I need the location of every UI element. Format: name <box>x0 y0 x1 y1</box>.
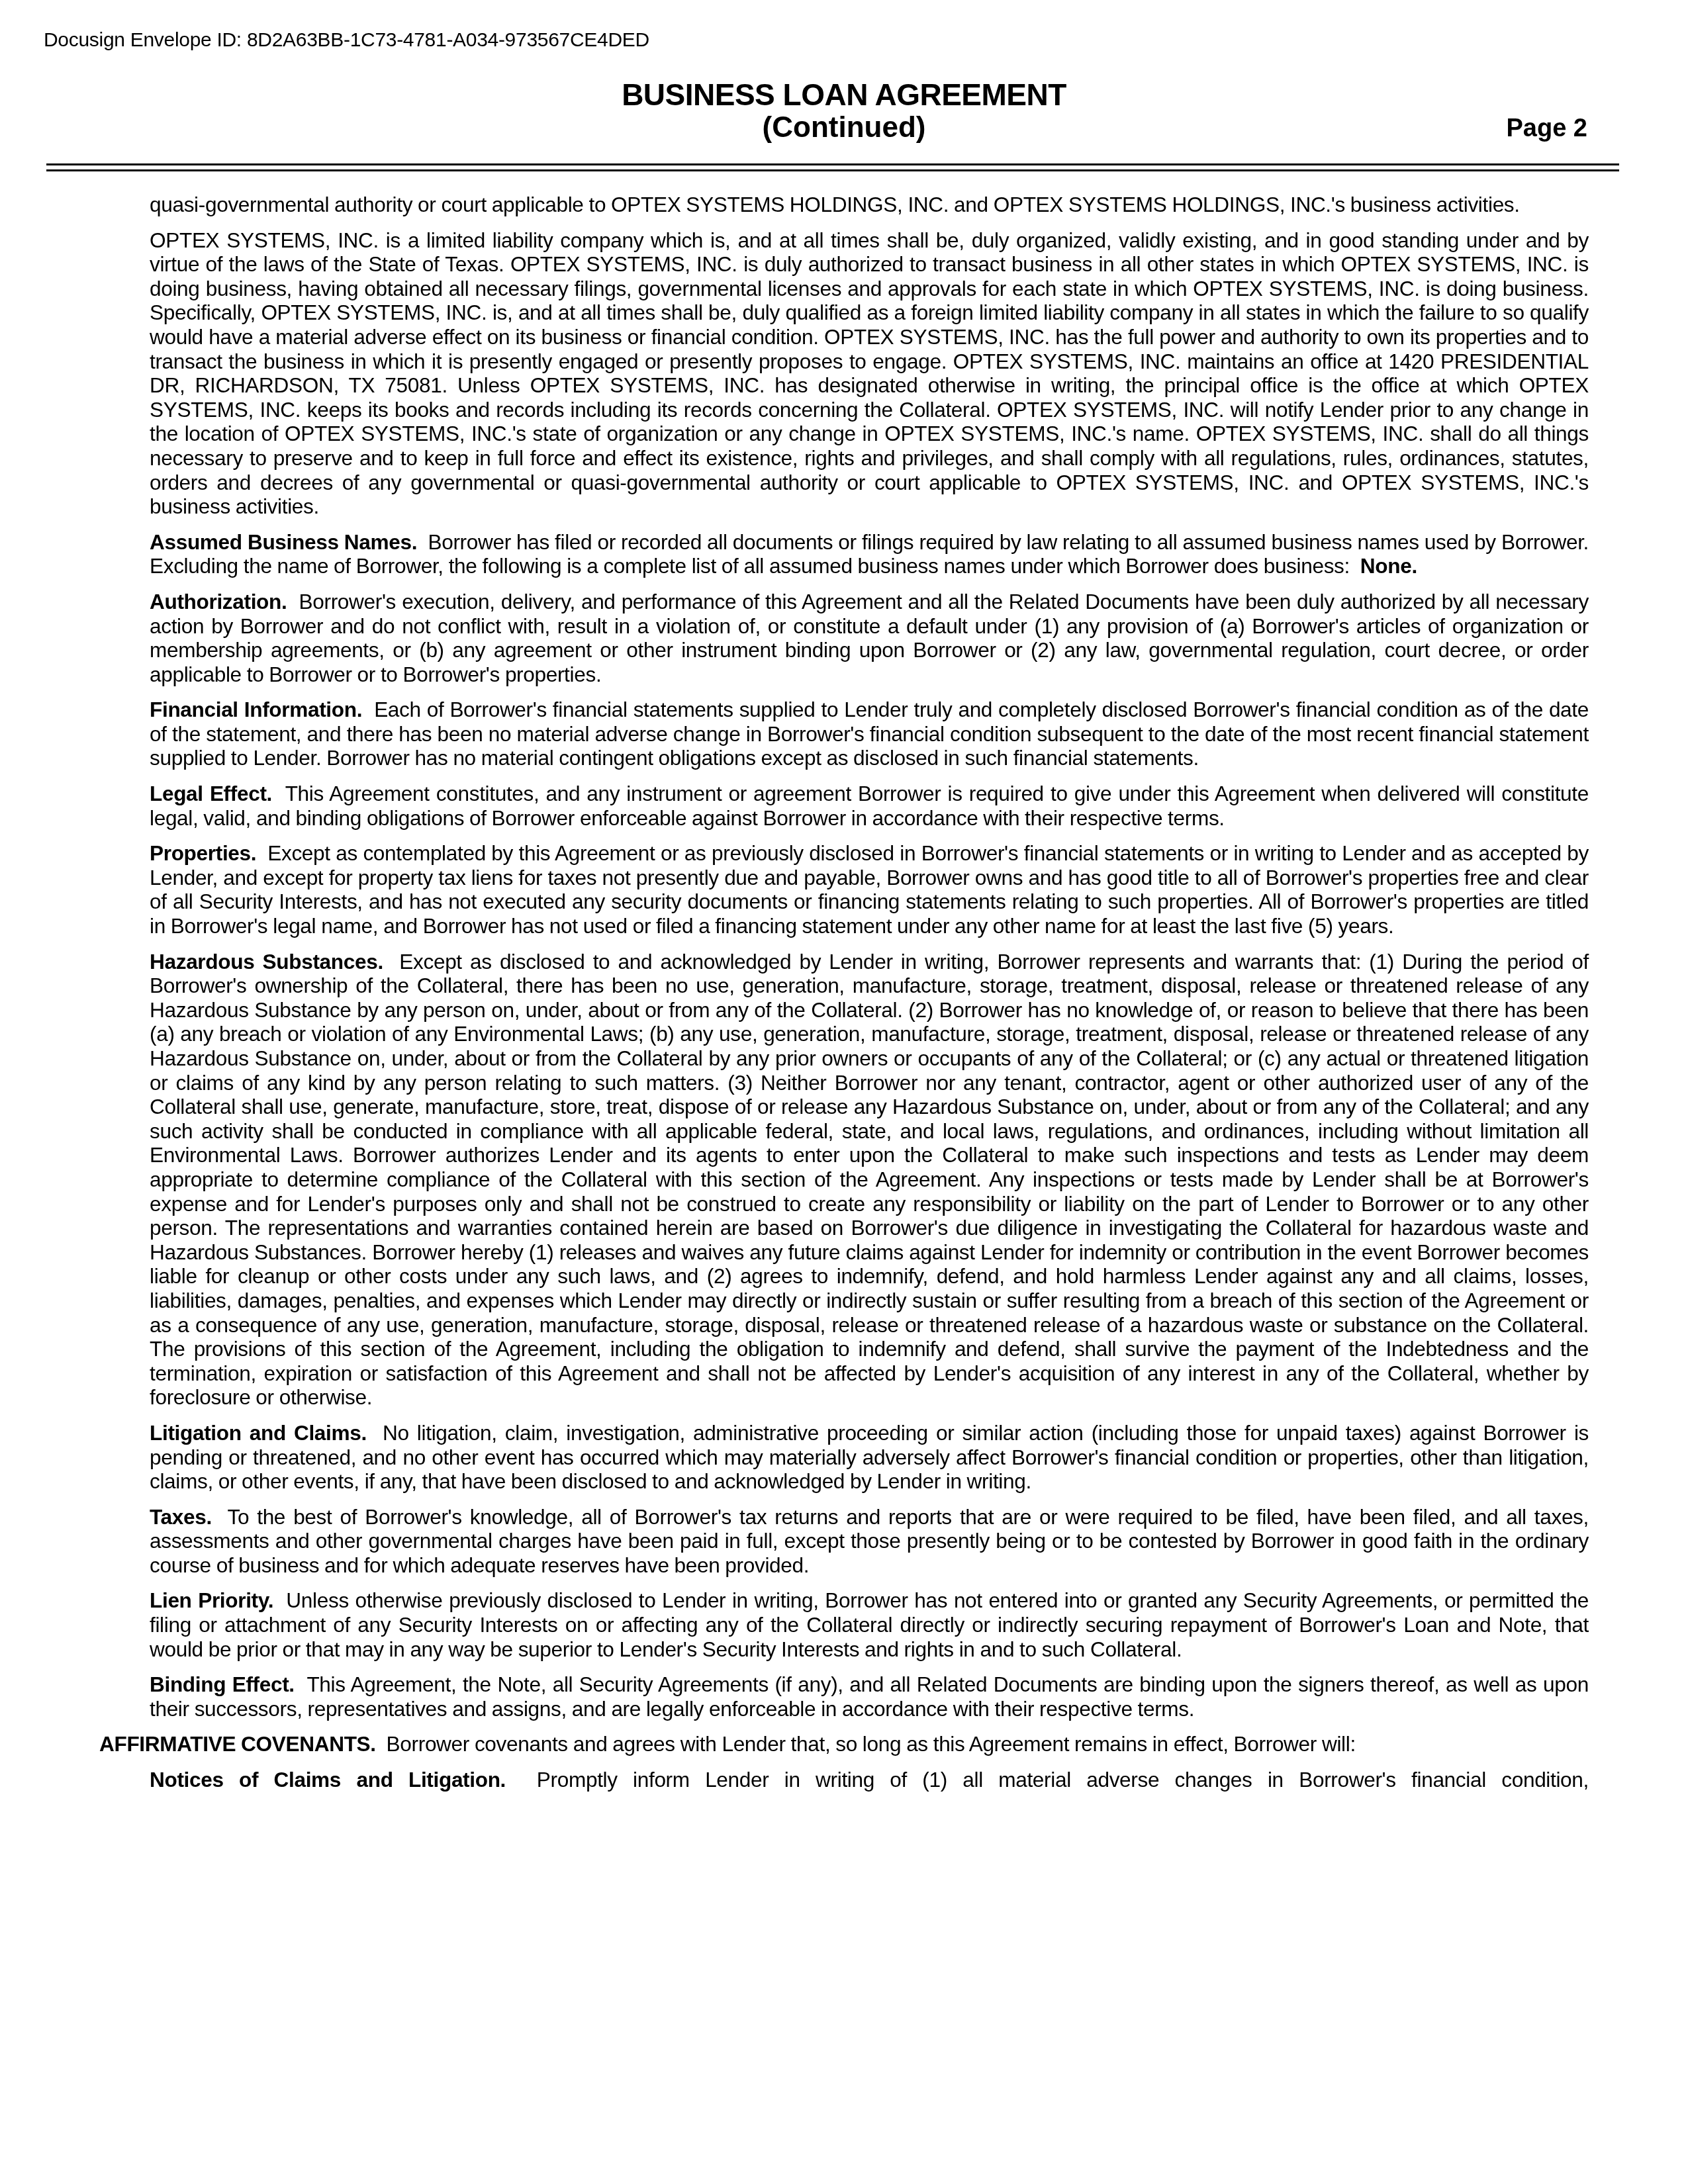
header-rule-top <box>46 163 1619 165</box>
paragraph-organization: OPTEX SYSTEMS, INC. is a limited liabili… <box>150 228 1589 519</box>
paragraph-text: quasi-governmental authority or court ap… <box>150 193 1520 216</box>
paragraph-hazardous-substances: Hazardous Substances. Except as disclose… <box>150 950 1589 1410</box>
paragraph-heading: Assumed Business Names. <box>150 530 417 554</box>
paragraph-lien-priority: Lien Priority. Unless otherwise previous… <box>150 1588 1589 1661</box>
document-subtitle: (Continued) <box>0 111 1688 144</box>
section-heading: AFFIRMATIVE COVENANTS. <box>99 1732 376 1756</box>
paragraph-taxes: Taxes. To the best of Borrower's knowled… <box>150 1505 1589 1578</box>
paragraph-heading: Notices of Claims and Litigation. <box>150 1768 506 1792</box>
paragraph-assumed-business-names: Assumed Business Names. Borrower has fil… <box>150 530 1589 578</box>
paragraph-authorization: Authorization. Borrower's execution, del… <box>150 590 1589 686</box>
document-body: quasi-governmental authority or court ap… <box>150 193 1589 1803</box>
page-number: Page 2 <box>1506 114 1587 143</box>
paragraph-text: Except as disclosed to and acknowledged … <box>150 950 1589 1410</box>
paragraph-heading: Legal Effect. <box>150 782 272 805</box>
paragraph-heading: Binding Effect. <box>150 1672 295 1696</box>
paragraph-properties: Properties. Except as contemplated by th… <box>150 841 1589 938</box>
paragraph-text: Unless otherwise previously disclosed to… <box>150 1588 1589 1661</box>
paragraph-financial-information: Financial Information. Each of Borrower'… <box>150 698 1589 770</box>
paragraph-text: This Agreement constitutes, and any inst… <box>150 782 1589 830</box>
paragraph-text: Each of Borrower's financial statements … <box>150 698 1589 770</box>
paragraph-heading: Authorization. <box>150 590 287 614</box>
docusign-envelope-id: Docusign Envelope ID: 8D2A63BB-1C73-4781… <box>44 29 649 52</box>
paragraph-heading: Hazardous Substances. <box>150 950 383 974</box>
paragraph-binding-effect: Binding Effect. This Agreement, the Note… <box>150 1672 1589 1721</box>
paragraph-heading: Financial Information. <box>150 698 362 721</box>
paragraph-litigation-and-claims: Litigation and Claims. No litigation, cl… <box>150 1421 1589 1494</box>
paragraph-text: Except as contemplated by this Agreement… <box>150 841 1589 938</box>
paragraph-notices-of-claims: Notices of Claims and Litigation. Prompt… <box>150 1768 1589 1792</box>
document-title: BUSINESS LOAN AGREEMENT <box>0 78 1688 111</box>
paragraph-continuation: quasi-governmental authority or court ap… <box>150 193 1589 217</box>
paragraph-text: Promptly inform Lender in writing of (1)… <box>537 1768 1589 1792</box>
paragraph-value: None. <box>1360 554 1417 578</box>
paragraph-heading: Properties. <box>150 841 256 865</box>
paragraph-legal-effect: Legal Effect. This Agreement constitutes… <box>150 782 1589 830</box>
paragraph-text: To the best of Borrower's knowledge, all… <box>150 1505 1589 1577</box>
paragraph-text: OPTEX SYSTEMS, INC. is a limited liabili… <box>150 228 1589 519</box>
paragraph-text: This Agreement, the Note, all Security A… <box>150 1672 1589 1721</box>
section-affirmative-covenants: AFFIRMATIVE COVENANTS. Borrower covenant… <box>99 1732 1589 1756</box>
header-rule-bottom <box>46 169 1619 171</box>
paragraph-heading: Lien Priority. <box>150 1588 273 1612</box>
paragraph-text: Borrower's execution, delivery, and perf… <box>150 590 1589 686</box>
paragraph-heading: Taxes. <box>150 1505 212 1529</box>
paragraph-heading: Litigation and Claims. <box>150 1421 367 1445</box>
section-text: Borrower covenants and agrees with Lende… <box>387 1732 1356 1756</box>
